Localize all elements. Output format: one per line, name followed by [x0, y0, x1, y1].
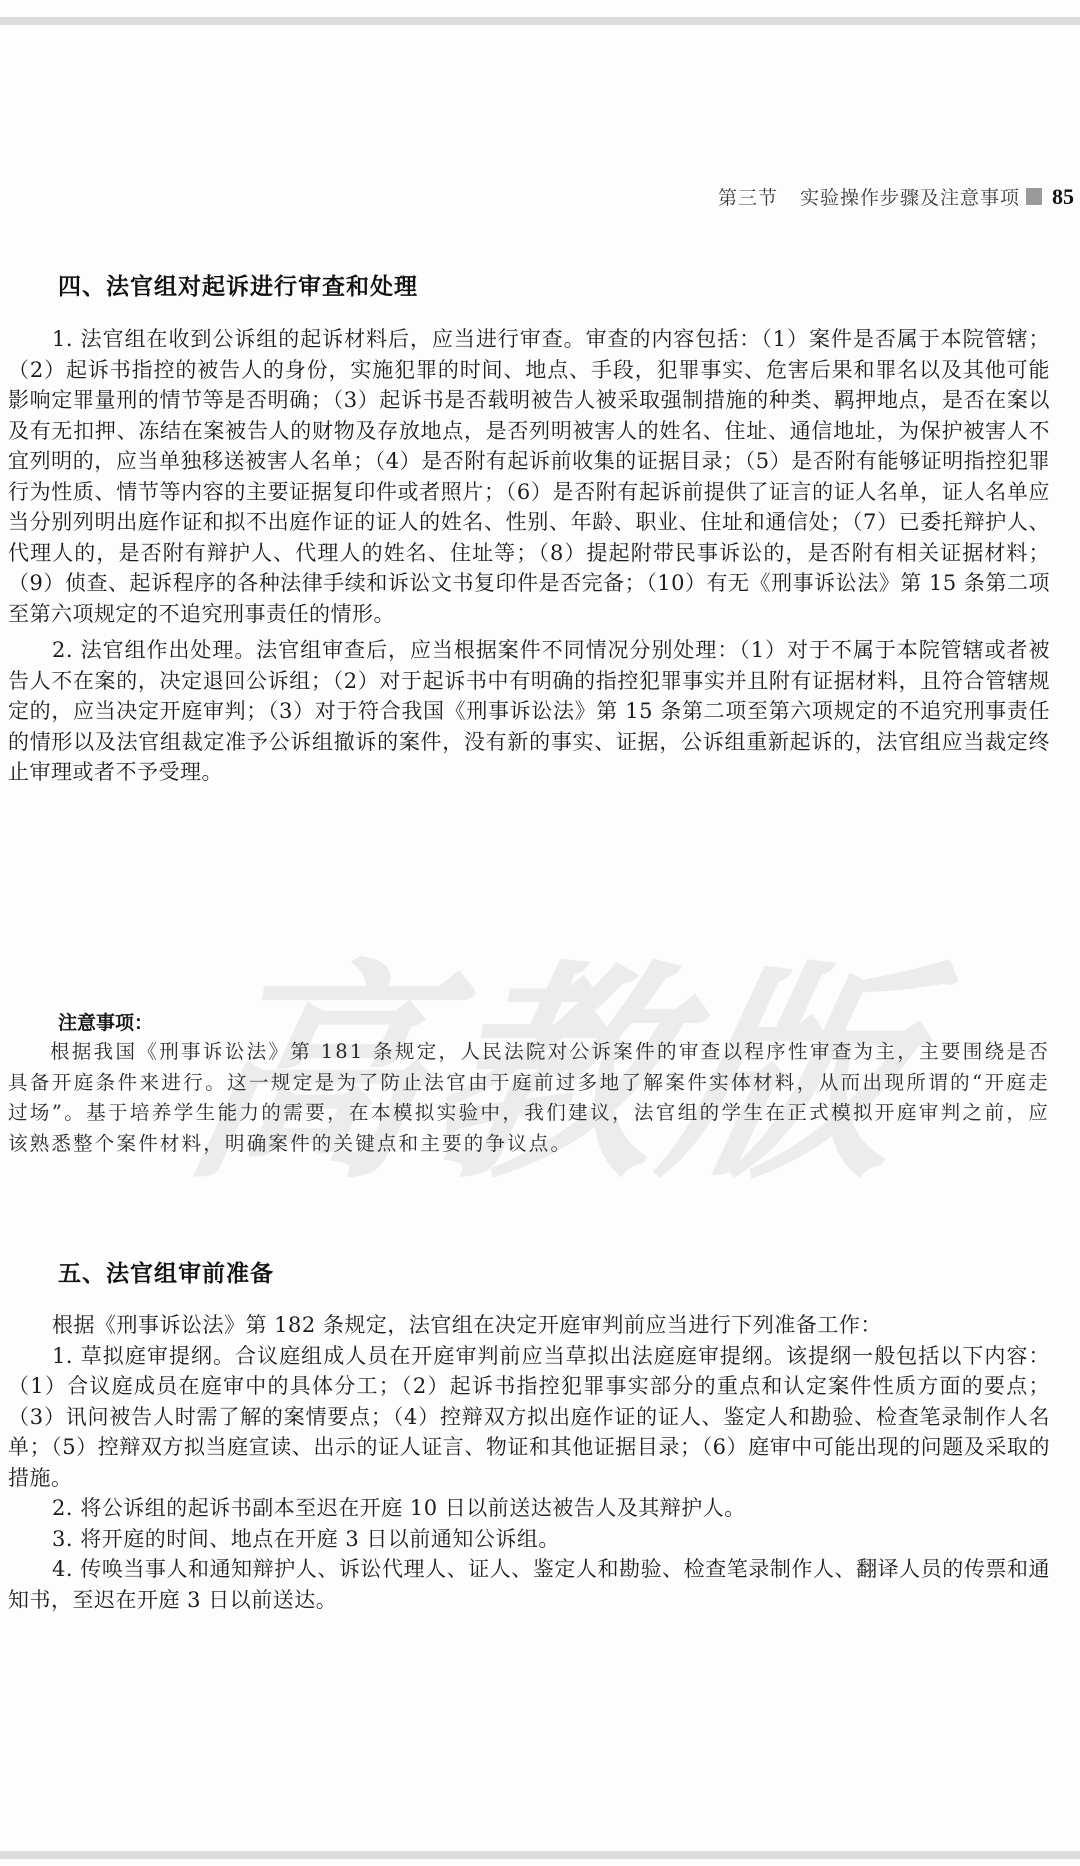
header-section-title: 实验操作步骤及注意事项: [800, 183, 1020, 210]
section-4-paragraph-1: 1. 法官组在收到公诉组的起诉材料后，应当进行审查。审查的内容包括：（1）案件是…: [8, 324, 1050, 629]
section-5-body: 根据《刑事诉讼法》第 182 条规定，法官组在决定开庭审判前应当进行下列准备工作…: [8, 1310, 1050, 1615]
section-4-heading: 四、法官组对起诉进行审查和处理: [58, 268, 418, 301]
section-4-paragraph-2: 2. 法官组作出处理。法官组审查后，应当根据案件不同情况分别处理：（1）对于不属…: [8, 635, 1050, 788]
header-chapter-section: 第三节: [718, 183, 778, 210]
section-5-heading: 五、法官组审前准备: [58, 1255, 274, 1288]
section-5-intro: 根据《刑事诉讼法》第 182 条规定，法官组在决定开庭审判前应当进行下列准备工作…: [8, 1310, 1050, 1341]
note-box: 注意事项： 根据我国《刑事诉讼法》第 181 条规定，人民法院对公诉案件的审查以…: [8, 1008, 1050, 1159]
note-label: 注意事项：: [58, 1008, 1050, 1035]
top-page-edge: [0, 17, 1080, 25]
section-5-item-3: 3. 将开庭的时间、地点在开庭 3 日以前通知公诉组。: [8, 1524, 1050, 1555]
note-text: 根据我国《刑事诉讼法》第 181 条规定，人民法院对公诉案件的审查以程序性审查为…: [8, 1037, 1050, 1159]
section-5-item-4: 4. 传唤当事人和通知辩护人、诉讼代理人、证人、鉴定人和勘验、检查笔录制作人、翻…: [8, 1554, 1050, 1615]
running-header: 第三节 实验操作步骤及注意事项 85: [718, 183, 1074, 210]
section-5-item-1: 1. 草拟庭审提纲。合议庭组成人员在开庭审判前应当草拟出法庭庭审提纲。该提纲一般…: [8, 1341, 1050, 1494]
section-4-body: 1. 法官组在收到公诉组的起诉材料后，应当进行审查。审查的内容包括：（1）案件是…: [8, 324, 1050, 788]
bottom-page-edge: [0, 1851, 1080, 1859]
section-5-item-2: 2. 将公诉组的起诉书副本至迟在开庭 10 日以前送达被告人及其辩护人。: [8, 1493, 1050, 1524]
page-number: 85: [1052, 184, 1074, 210]
header-square-marker-icon: [1026, 188, 1042, 205]
